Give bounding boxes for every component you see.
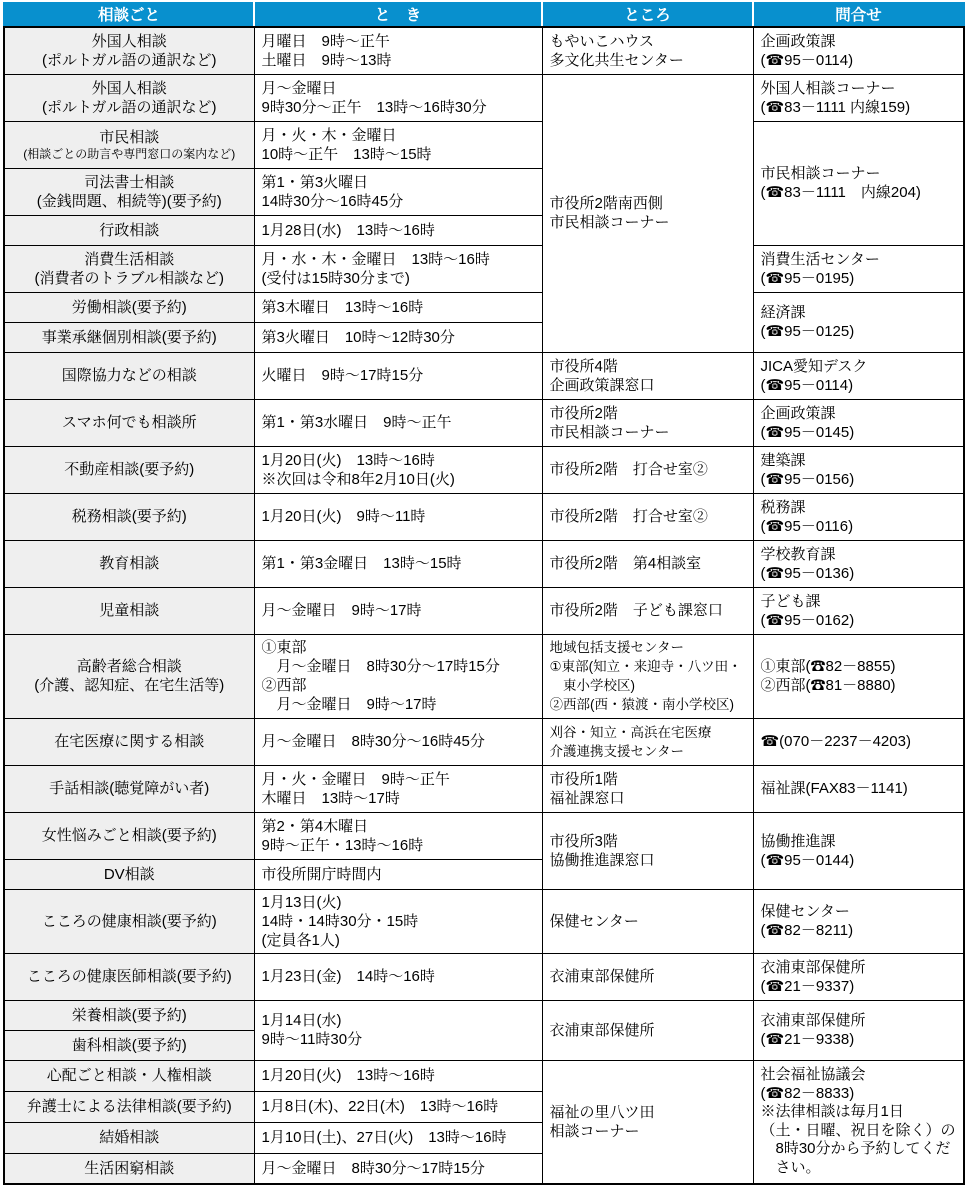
time-cell: 月～金曜日 9時～17時 [254, 587, 542, 634]
consultation-cell: 労働相談(要予約) [4, 292, 254, 322]
time-cell: 1月8日(木)、22日(木) 13時～16時 [254, 1091, 542, 1122]
table-row: 外国人相談 (ポルトガル語の通訳など) 月～金曜日 9時30分～正午 13時～1… [4, 74, 964, 121]
time-cell: 1月13日(火) 14時・14時30分・15時 (定員各1人) [254, 889, 542, 953]
table-row: 国際協力などの相談 火曜日 9時～17時15分 市役所4階 企画政策課窓口 JI… [4, 352, 964, 399]
time-cell: 月曜日 9時～正午 土曜日 9時～13時 [254, 27, 542, 74]
consultation-cell: 歯科相談(要予約) [4, 1030, 254, 1060]
table-row: 児童相談 月～金曜日 9時～17時 市役所2階 子ども課窓口 子ども課 (☎95… [4, 587, 964, 634]
table-row: 在宅医療に関する相談 月～金曜日 8時30分～16時45分 刈谷・知立・高浜在宅… [4, 718, 964, 765]
time-cell: 1月14日(水) 9時～11時30分 [254, 1000, 542, 1060]
contact-cell: 社会福祉協議会 (☎82－8833) ※法律相談は毎月1日 （土・日曜、祝日を除… [753, 1060, 964, 1184]
contact-cell: 消費生活センター (☎95－0195) [753, 245, 964, 292]
consultation-cell: 国際協力などの相談 [4, 352, 254, 399]
consultation-cell: DV相談 [4, 859, 254, 889]
consultation-cell: 消費生活相談 (消費者のトラブル相談など) [4, 245, 254, 292]
table-row: こころの健康相談(要予約) 1月13日(火) 14時・14時30分・15時 (定… [4, 889, 964, 953]
contact-cell: 税務課 (☎95－0116) [753, 493, 964, 540]
header-contact: 問合せ [753, 2, 964, 27]
table-row: スマホ何でも相談所 第1・第3水曜日 9時～正午 市役所2階 市民相談コーナー … [4, 399, 964, 446]
place-cell: 衣浦東部保健所 [542, 953, 753, 1000]
contact-cell: 企画政策課 (☎95－0145) [753, 399, 964, 446]
contact-cell: 建築課 (☎95－0156) [753, 446, 964, 493]
consultation-cell: 生活困窮相談 [4, 1153, 254, 1184]
consultation-table: 相談ごと と き ところ 問合せ 外国人相談 (ポルトガル語の通訳など) 月曜日… [3, 2, 965, 1185]
place-cell: 福祉の里八ツ田 相談コーナー [542, 1060, 753, 1184]
time-cell: 1月28日(水) 13時～16時 [254, 215, 542, 245]
table-row: 市民相談(相談ごとの助言や専門窓口の案内など) 月・火・木・金曜日 10時～正午… [4, 121, 964, 168]
consultation-cell: スマホ何でも相談所 [4, 399, 254, 446]
place-cell: 市役所2階 市民相談コーナー [542, 399, 753, 446]
place-cell: 市役所2階南西側 市民相談コーナー [542, 74, 753, 352]
table-row: 心配ごと相談・人権相談 1月20日(火) 13時～16時 福祉の里八ツ田 相談コ… [4, 1060, 964, 1091]
time-cell: 月・火・木・金曜日 10時～正午 13時～15時 [254, 121, 542, 168]
consultation-cell: 教育相談 [4, 540, 254, 587]
page: 相談ごと と き ところ 問合せ 外国人相談 (ポルトガル語の通訳など) 月曜日… [0, 0, 967, 1187]
consultation-cell: 在宅医療に関する相談 [4, 718, 254, 765]
consultation-cell: 弁護士による法律相談(要予約) [4, 1091, 254, 1122]
time-cell: 月～金曜日 8時30分～16時45分 [254, 718, 542, 765]
contact-cell: 企画政策課 (☎95－0114) [753, 27, 964, 74]
place-cell: 刈谷・知立・高浜在宅医療 介護連携支援センター [542, 718, 753, 765]
time-cell: 1月10日(土)、27日(火) 13時～16時 [254, 1122, 542, 1153]
time-cell: 第2・第4木曜日 9時～正午・13時～16時 [254, 812, 542, 859]
header-time: と き [254, 2, 542, 27]
consultation-cell: 心配ごと相談・人権相談 [4, 1060, 254, 1091]
place-cell: 市役所2階 子ども課窓口 [542, 587, 753, 634]
header-place: ところ [542, 2, 753, 27]
time-cell: 第1・第3金曜日 13時～15時 [254, 540, 542, 587]
time-cell: 1月23日(金) 14時～16時 [254, 953, 542, 1000]
table-row: こころの健康医師相談(要予約) 1月23日(金) 14時～16時 衣浦東部保健所… [4, 953, 964, 1000]
table-row: 労働相談(要予約) 第3木曜日 13時～16時 経済課 (☎95－0125) [4, 292, 964, 322]
header-consultation: 相談ごと [4, 2, 254, 27]
contact-cell: ①東部(☎82－8855) ②西部(☎81－8880) [753, 634, 964, 718]
consultation-cell: 市民相談(相談ごとの助言や専門窓口の案内など) [4, 121, 254, 168]
place-cell: 地域包括支援センター ①東部(知立・来迎寺・八ツ田・ 東小学校区) ②西部(西・… [542, 634, 753, 718]
consultation-cell: 女性悩みごと相談(要予約) [4, 812, 254, 859]
time-cell: 月～金曜日 9時30分～正午 13時～16時30分 [254, 74, 542, 121]
consultation-cell: こころの健康医師相談(要予約) [4, 953, 254, 1000]
table-row: 税務相談(要予約) 1月20日(火) 9時～11時 市役所2階 打合せ室② 税務… [4, 493, 964, 540]
table-row: 教育相談 第1・第3金曜日 13時～15時 市役所2階 第4相談室 学校教育課 … [4, 540, 964, 587]
time-cell: 第3木曜日 13時～16時 [254, 292, 542, 322]
place-cell: 市役所3階 協働推進課窓口 [542, 812, 753, 889]
consultation-cell: 外国人相談 (ポルトガル語の通訳など) [4, 27, 254, 74]
consultation-cell: 不動産相談(要予約) [4, 446, 254, 493]
contact-cell: 経済課 (☎95－0125) [753, 292, 964, 352]
time-cell: 1月20日(火) 9時～11時 [254, 493, 542, 540]
consultation-cell: 手話相談(聴覚障がい者) [4, 765, 254, 812]
place-cell: もやいこハウス 多文化共生センター [542, 27, 753, 74]
place-cell: 市役所2階 打合せ室② [542, 493, 753, 540]
contact-cell: 子ども課 (☎95－0162) [753, 587, 964, 634]
time-cell: 1月20日(火) 13時～16時 ※次回は令和8年2月10日(火) [254, 446, 542, 493]
contact-cell: JICA愛知デスク (☎95－0114) [753, 352, 964, 399]
time-cell: ①東部 月～金曜日 8時30分～17時15分 ②西部 月～金曜日 9時～17時 [254, 634, 542, 718]
consultation-sublabel: (相談ごとの助言や専門窓口の案内など) [7, 147, 252, 162]
contact-cell: 福祉課(FAX83－1141) [753, 765, 964, 812]
table-row: 栄養相談(要予約) 1月14日(水) 9時～11時30分 衣浦東部保健所 衣浦東… [4, 1000, 964, 1030]
consultation-cell: 高齢者総合相談 (介護、認知症、在宅生活等) [4, 634, 254, 718]
consultation-label: 市民相談 [99, 129, 159, 146]
place-cell: 市役所4階 企画政策課窓口 [542, 352, 753, 399]
place-cell: 市役所2階 打合せ室② [542, 446, 753, 493]
place-cell: 市役所1階 福祉課窓口 [542, 765, 753, 812]
place-cell: 市役所2階 第4相談室 [542, 540, 753, 587]
table-row: 女性悩みごと相談(要予約) 第2・第4木曜日 9時～正午・13時～16時 市役所… [4, 812, 964, 859]
table-row: 消費生活相談 (消費者のトラブル相談など) 月・水・木・金曜日 13時～16時 … [4, 245, 964, 292]
consultation-cell: 税務相談(要予約) [4, 493, 254, 540]
time-cell: 第3火曜日 10時～12時30分 [254, 322, 542, 352]
time-cell: 月～金曜日 8時30分～17時15分 [254, 1153, 542, 1184]
consultation-cell: 事業承継個別相談(要予約) [4, 322, 254, 352]
time-cell: 第1・第3火曜日 14時30分～16時45分 [254, 168, 542, 215]
table-row: 高齢者総合相談 (介護、認知症、在宅生活等) ①東部 月～金曜日 8時30分～1… [4, 634, 964, 718]
contact-cell: 市民相談コーナー (☎83－1111 内線204) [753, 121, 964, 245]
contact-cell: 衣浦東部保健所 (☎21－9337) [753, 953, 964, 1000]
contact-cell: 保健センター (☎82－8211) [753, 889, 964, 953]
time-cell: 市役所開庁時間内 [254, 859, 542, 889]
consultation-cell: 栄養相談(要予約) [4, 1000, 254, 1030]
place-cell: 保健センター [542, 889, 753, 953]
time-cell: 1月20日(火) 13時～16時 [254, 1060, 542, 1091]
consultation-cell: こころの健康相談(要予約) [4, 889, 254, 953]
contact-cell: ☎(070－2237－4203) [753, 718, 964, 765]
time-cell: 第1・第3水曜日 9時～正午 [254, 399, 542, 446]
time-cell: 月・水・木・金曜日 13時～16時 (受付は15時30分まで) [254, 245, 542, 292]
consultation-cell: 結婚相談 [4, 1122, 254, 1153]
header-row: 相談ごと と き ところ 問合せ [4, 2, 964, 27]
consultation-cell: 司法書士相談 (金銭問題、相続等)(要予約) [4, 168, 254, 215]
time-cell: 火曜日 9時～17時15分 [254, 352, 542, 399]
time-cell: 月・火・金曜日 9時～正午 木曜日 13時～17時 [254, 765, 542, 812]
table-row: 手話相談(聴覚障がい者) 月・火・金曜日 9時～正午 木曜日 13時～17時 市… [4, 765, 964, 812]
consultation-cell: 行政相談 [4, 215, 254, 245]
consultation-cell: 外国人相談 (ポルトガル語の通訳など) [4, 74, 254, 121]
contact-cell: 外国人相談コーナー (☎83－1111 内線159) [753, 74, 964, 121]
table-row: 外国人相談 (ポルトガル語の通訳など) 月曜日 9時～正午 土曜日 9時～13時… [4, 27, 964, 74]
contact-cell: 衣浦東部保健所 (☎21－9338) [753, 1000, 964, 1060]
contact-cell: 学校教育課 (☎95－0136) [753, 540, 964, 587]
table-row: 不動産相談(要予約) 1月20日(火) 13時～16時 ※次回は令和8年2月10… [4, 446, 964, 493]
contact-cell: 協働推進課 (☎95－0144) [753, 812, 964, 889]
consultation-cell: 児童相談 [4, 587, 254, 634]
place-cell: 衣浦東部保健所 [542, 1000, 753, 1060]
